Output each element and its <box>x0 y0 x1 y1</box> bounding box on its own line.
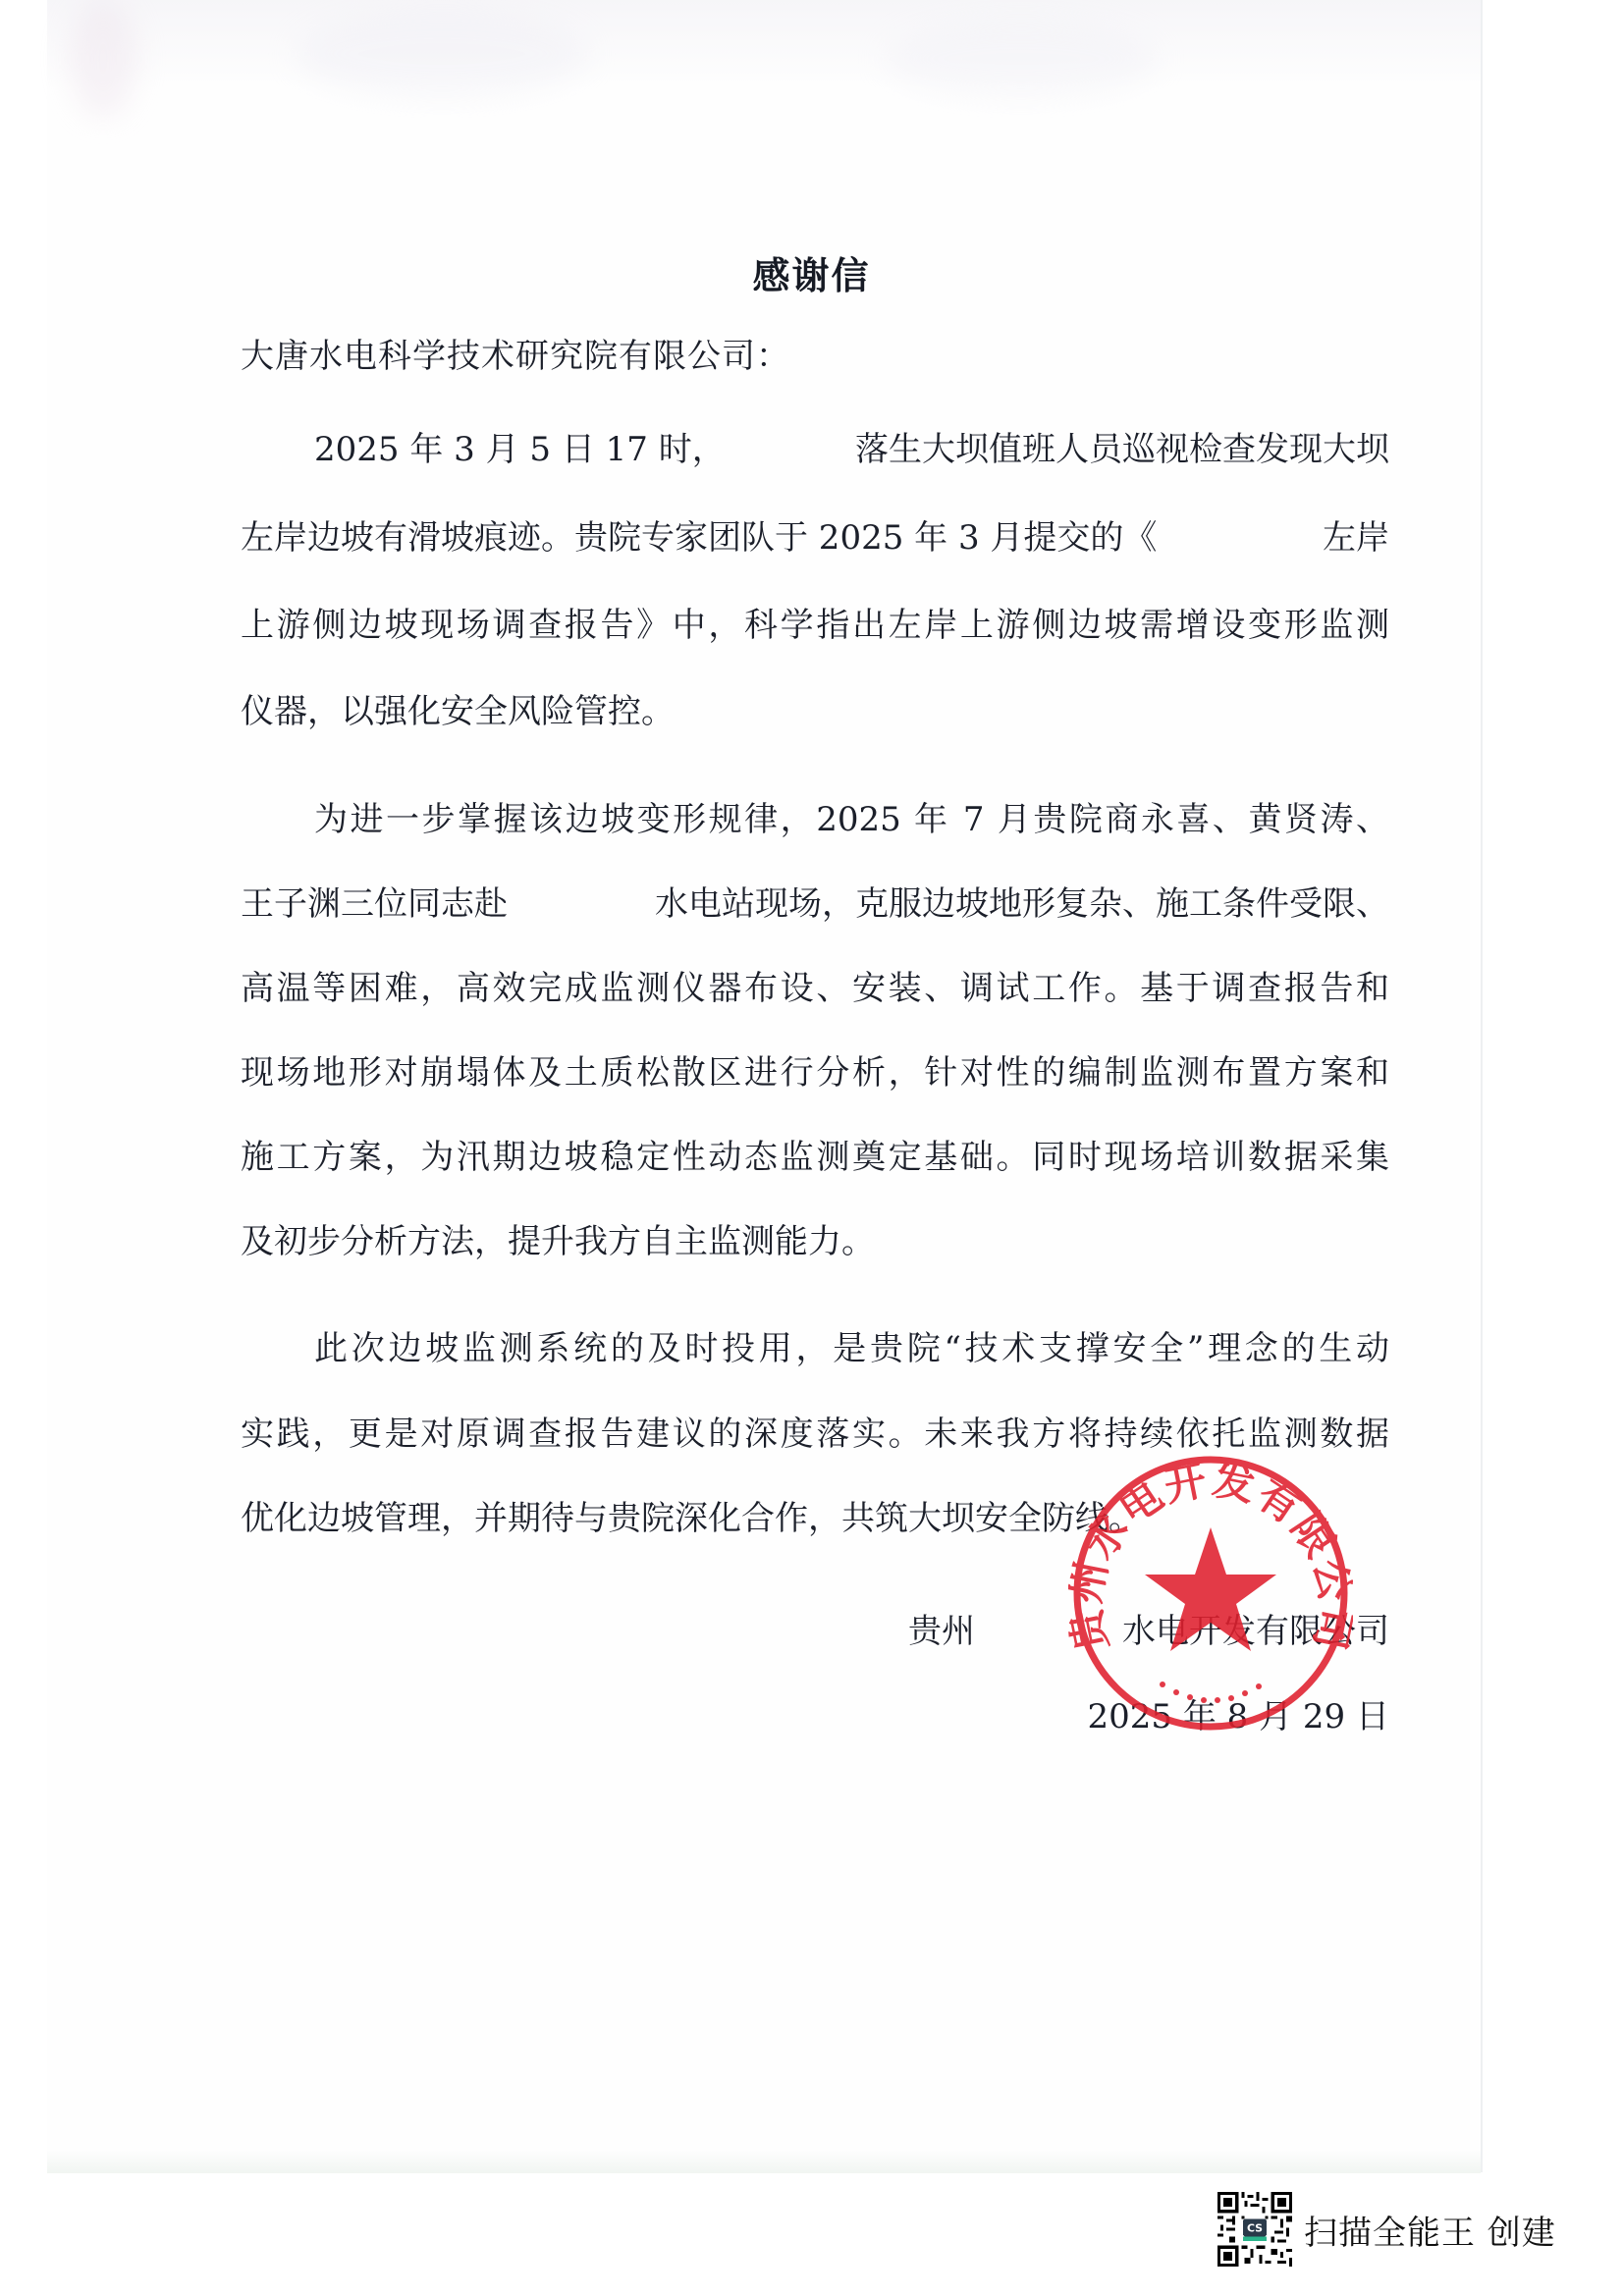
body-line: 为进一步掌握该边坡变形规律，2025 年 7 月贵院商永喜、黄贤涛、 <box>314 798 1389 841</box>
body-line: 王子渊三位同志赴 水电站现场，克服边坡地形复杂、施工条件受限、 <box>241 882 1389 926</box>
signature-date: 2025 年 8 月 29 日 <box>1088 1695 1389 1738</box>
body-line: 施工方案，为汛期边坡稳定性动态监测奠定基础。同时现场培训数据采集 <box>241 1136 1389 1179</box>
page-title: 感谢信 <box>0 245 1623 299</box>
body-line-right: 左岸 <box>1323 516 1389 560</box>
body-line-right: 落生大坝值班人员巡视检查发现大坝 <box>855 428 1389 471</box>
body-line: 优化边坡管理，并期待与贵院深化合作，共筑大坝安全防线。 <box>241 1497 1389 1540</box>
scan-smudge <box>295 10 589 98</box>
scan-smudge <box>69 0 137 118</box>
body-line-left: 王子渊三位同志赴 <box>241 882 508 926</box>
body-line-left: 左岸边坡有滑坡痕迹。贵院专家团队于 2025 年 3 月提交的《 <box>241 516 1157 560</box>
body-line: 此次边坡监测系统的及时投用，是贵院“技术支撑安全”理念的生动 <box>314 1327 1389 1370</box>
watermark-text: 扫描全能王 创建 <box>1304 2206 1556 2254</box>
body-line: 现场地形对崩塌体及土质松散区进行分析，针对性的编制监测布置方案和 <box>241 1051 1389 1095</box>
signature-org-name: 水电开发有限公司 <box>1122 1610 1389 1653</box>
scan-shadow <box>47 0 1481 88</box>
scan-edge <box>47 2150 1481 2173</box>
signature-org-prefix: 贵州 <box>908 1610 975 1653</box>
qr-code-icon: CS <box>1217 2192 1292 2267</box>
scan-smudge <box>884 20 1159 98</box>
body-line-left: 2025 年 3 月 5 日 17 时， <box>314 428 726 471</box>
body-line-right: 水电站现场，克服边坡地形复杂、施工条件受限、 <box>655 882 1389 926</box>
body-line: 实践，更是对原调查报告建议的深度落实。未来我方将持续依托监测数据 <box>241 1413 1389 1456</box>
body-line: 高温等困难，高效完成监测仪器布设、安装、调试工作。基于调查报告和 <box>241 967 1389 1010</box>
salutation: 大唐水电科学技术研究院有限公司： <box>241 329 790 377</box>
body-line: 仪器，以强化安全风险管控。 <box>241 690 1389 733</box>
body-line: 2025 年 3 月 5 日 17 时， 落生大坝值班人员巡视检查发现大坝 <box>314 428 1389 471</box>
body-line: 上游侧边坡现场调查报告》中，科学指出左岸上游侧边坡需增设变形监测 <box>241 604 1389 647</box>
body-line: 左岸边坡有滑坡痕迹。贵院专家团队于 2025 年 3 月提交的《 左岸 <box>241 516 1389 560</box>
svg-text:CS: CS <box>1247 2222 1263 2235</box>
body-line: 及初步分析方法，提升我方自主监测能力。 <box>241 1220 1389 1263</box>
scanner-watermark: CS 扫描全能王 创建 <box>1217 2192 1556 2267</box>
